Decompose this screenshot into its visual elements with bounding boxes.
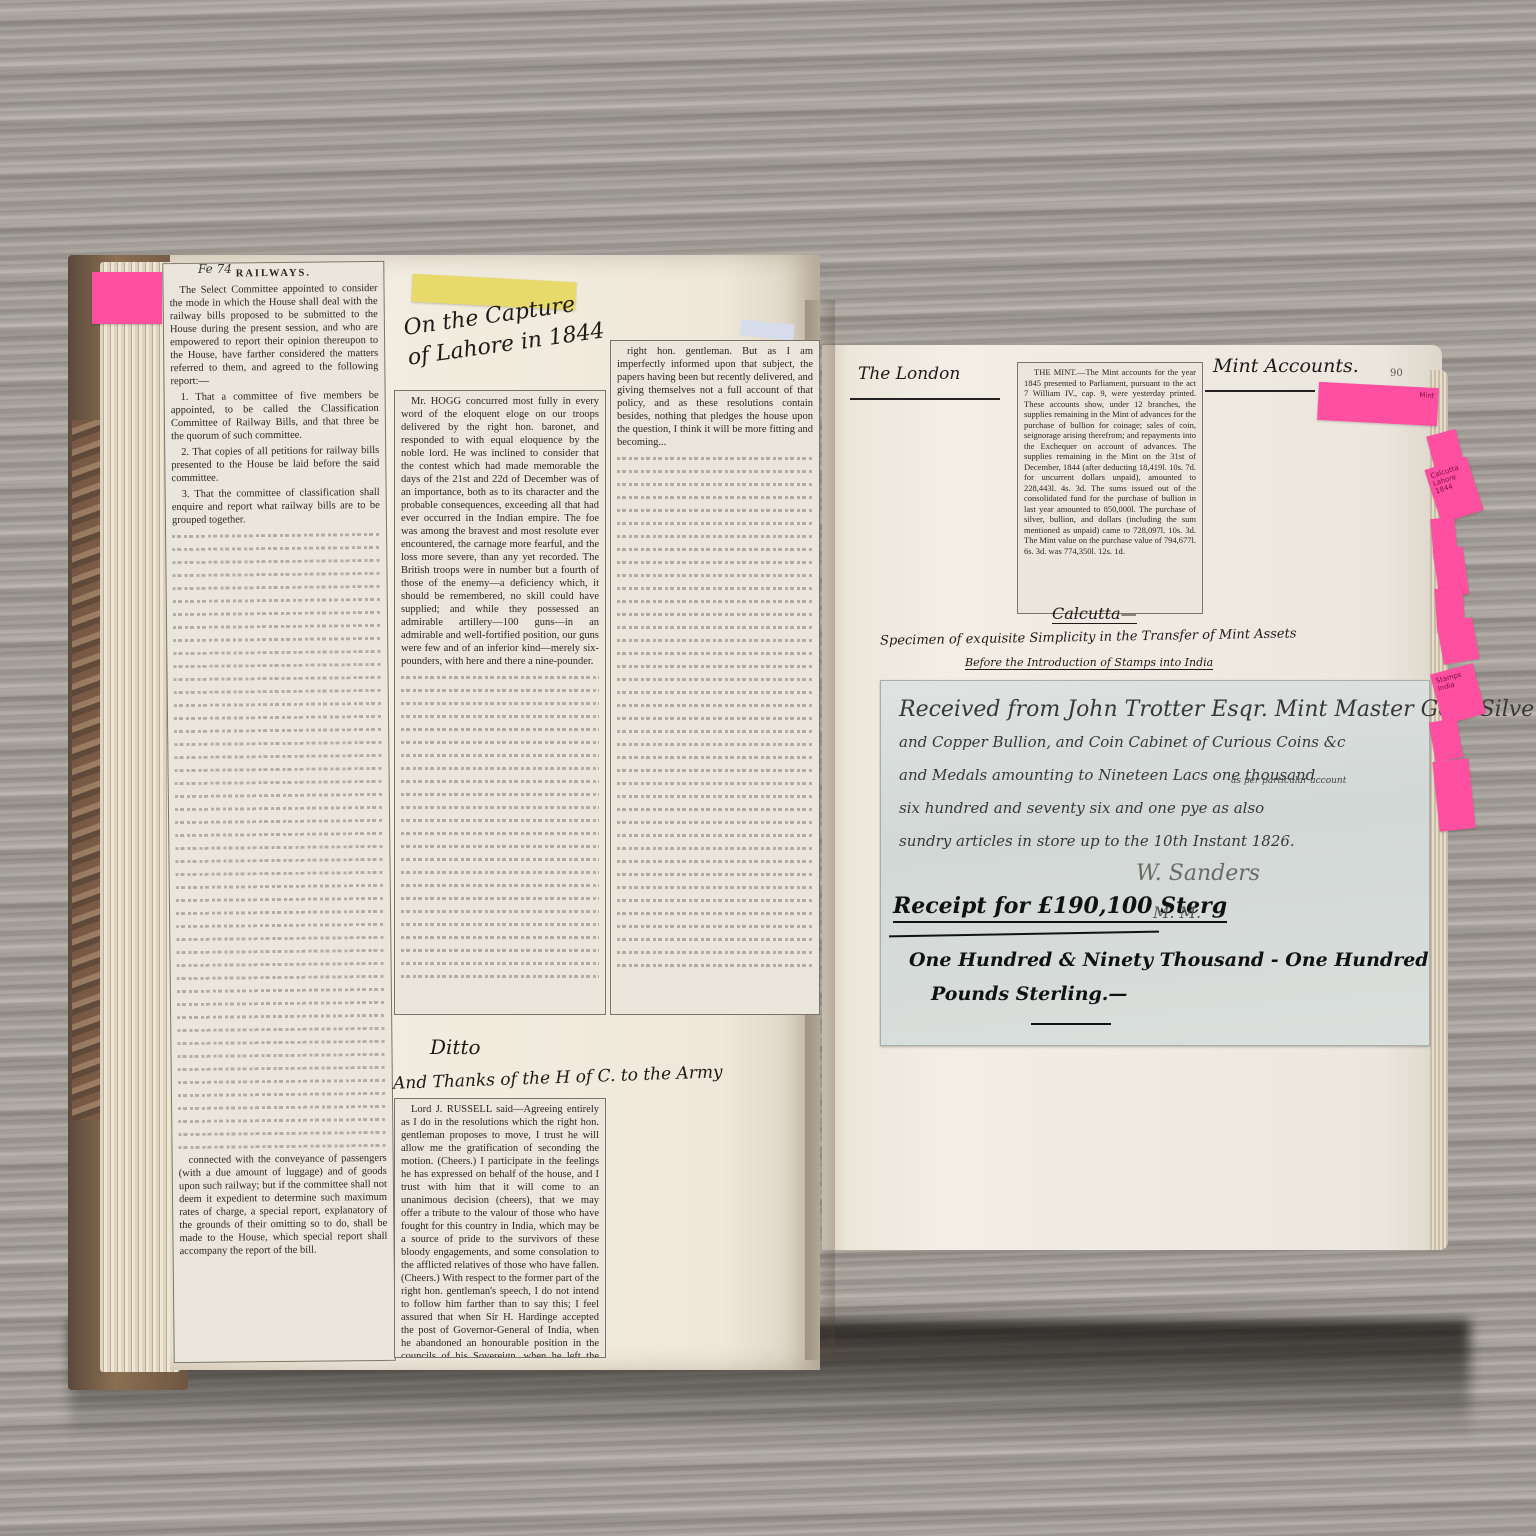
- page-number: 90: [1390, 368, 1403, 379]
- clipping-paragraph: connected with the conveyance of passeng…: [179, 1152, 388, 1258]
- hogg-speech-clipping: Mr. HOGG concurred most fully in every w…: [394, 390, 606, 1015]
- clipping-paragraph: 3. That the committee of classification …: [172, 486, 380, 527]
- clipping-body-text: [401, 671, 599, 983]
- clipping-body-text: [617, 452, 813, 972]
- receipt-signature: W. Sanders: [1136, 861, 1260, 886]
- heading-rule: [850, 398, 1000, 400]
- stamps-subheading: Before the Introduction of Stamps into I…: [965, 656, 1213, 670]
- receipt-line: and Copper Bullion, and Coin Cabinet of …: [899, 726, 1419, 759]
- double-underline: [889, 931, 1159, 938]
- clipping-paragraph: The Select Committee appointed to consid…: [169, 282, 378, 388]
- underline: [1031, 1023, 1111, 1025]
- clipping-paragraph: 2. That copies of all petitions for rail…: [171, 444, 379, 485]
- pink-tab[interactable]: [1429, 718, 1464, 762]
- marbled-cover-edge: [72, 420, 102, 1120]
- receipt-initials: M. M.: [1153, 903, 1201, 922]
- mint-accounts-heading: Mint Accounts.: [1213, 355, 1359, 377]
- clipping-paragraph: Lord J. RUSSELL said—Agreeing entirely a…: [401, 1103, 599, 1358]
- receipt-amount-words: Pounds Sterling.—: [931, 983, 1127, 1005]
- clipping-body-text: [172, 528, 387, 1154]
- receipt-amount-words: One Hundred & Ninety Thousand - One Hund…: [909, 949, 1429, 971]
- mint-accounts-clipping: THE MINT.—The Mint accounts for the year…: [1017, 362, 1203, 614]
- interlinear-note: as per particular account: [1231, 776, 1346, 786]
- russell-speech-clipping: Lord J. RUSSELL said—Agreeing entirely a…: [394, 1098, 606, 1358]
- clipping-paragraph: THE MINT.—The Mint accounts for the year…: [1024, 367, 1196, 556]
- receipt-line: sundry articles in store up to the 10th …: [899, 825, 1419, 858]
- heading-rule: [1205, 390, 1315, 392]
- ditto-heading: Ditto: [430, 1035, 481, 1059]
- pink-tab[interactable]: [1437, 617, 1480, 665]
- handwritten-receipt: Received from John Trotter Esqr. Mint Ma…: [880, 680, 1430, 1046]
- clipping-paragraph: Mr. HOGG concurred most fully in every w…: [401, 395, 599, 668]
- clipping-paragraph: right hon. gentleman. But as I am imperf…: [617, 345, 813, 449]
- calcutta-heading: Calcutta—: [1052, 604, 1137, 624]
- margin-note: Fe 74: [198, 262, 232, 276]
- clipping-paragraph: 1. That a committee of five members be a…: [171, 389, 380, 443]
- pink-tab[interactable]: [1432, 758, 1475, 831]
- london-heading: The London: [858, 364, 960, 384]
- speech-continuation-clipping: right hon. gentleman. But as I am imperf…: [610, 340, 820, 1015]
- receipt-line: six hundred and seventy six and one pye …: [899, 792, 1419, 825]
- pink-tab-mint[interactable]: Mint: [1317, 382, 1439, 426]
- receipt-line: Received from John Trotter Esqr. Mint Ma…: [899, 693, 1419, 726]
- railways-clipping: RAILWAYS. The Select Committee appointed…: [162, 261, 396, 1363]
- pink-tab-left[interactable]: [92, 272, 162, 324]
